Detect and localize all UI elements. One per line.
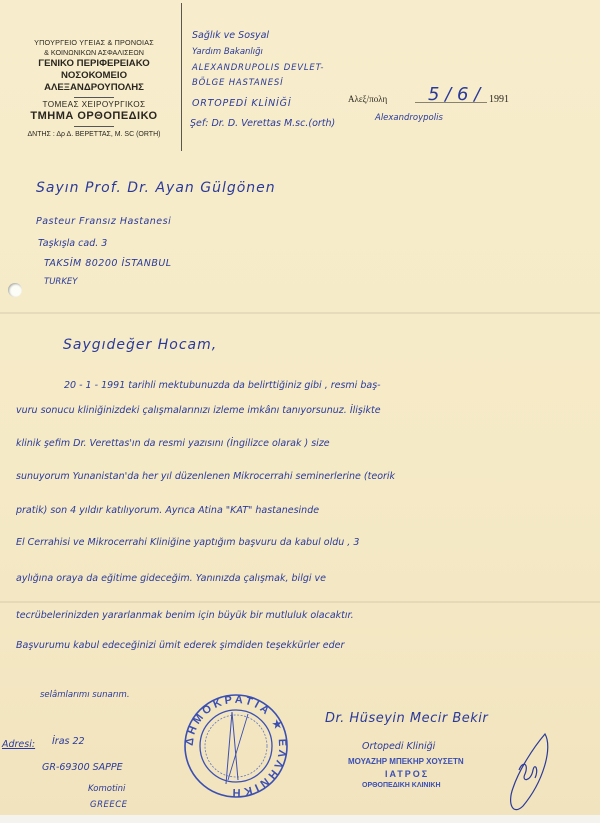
greeting: Saygıdeğer Hocam, — [63, 337, 217, 353]
official-seal-icon: ΔΗΜΟΚΡΑΤΙΑ ★ ΕΛΛΗΝΙΚΗ — [182, 692, 290, 800]
body-line-closing: selâmlarımı sunarım. — [40, 690, 130, 700]
handwritten-signature-icon — [505, 730, 553, 812]
body-line: Başvurumu kabul edeceğinizi ümit ederek … — [16, 640, 344, 651]
turkish-header-line: BÖLGE HASTANESİ — [192, 78, 283, 88]
page-bottom-margin — [0, 815, 600, 823]
letterhead-ministry-2: & ΚΟΙΝΩΝΙΚΩΝ ΑΣΦΑΛΙΣΕΩΝ — [10, 48, 178, 58]
sender-address-label: Adresi: — [2, 739, 35, 750]
letterhead-ministry: ΥΠΟΥΡΓΕΙΟ ΥΓΕΙΑΣ & ΠΡΟΝΟΙΑΣ — [10, 38, 178, 48]
paper-fold — [0, 601, 600, 603]
doctor-stamp-name: ΜΟΥΑΖΗΡ ΜΠΕΚΗΡ ΧΟΥΣΕΤΝ — [348, 757, 464, 766]
turkish-header-line: ALEXANDRUPOLIS DEVLET- — [192, 63, 324, 73]
signatory-name: Dr. Hüseyin Mecir Bekir — [325, 711, 488, 726]
body-line: aylığına oraya da eğitime gideceğim. Yan… — [16, 573, 326, 584]
recipient-name: Sayın Prof. Dr. Ayan Gülgönen — [36, 180, 276, 196]
date-place-handwritten: Alexandroypolis — [375, 113, 443, 123]
body-line: El Cerrahisi ve Mikrocerrahi Kliniğine y… — [16, 537, 359, 548]
turkish-header-line: Sağlık ve Sosyal — [192, 30, 269, 41]
body-line: vuru sonucu kliniğinizdeki çalışmalarını… — [16, 405, 381, 416]
letterhead-city: ΑΛΕΞΑΝΔΡΟΥΠΟΛΗΣ — [10, 82, 178, 94]
sender-address-line: GREECE — [90, 800, 128, 810]
recipient-address-line: TURKEY — [44, 277, 77, 287]
signatory-department: Ortopedi Kliniği — [362, 741, 435, 752]
letter-page: ΥΠΟΥΡΓΕΙΟ ΥΓΕΙΑΣ & ΠΡΟΝΟΙΑΣ & ΚΟΙΝΩΝΙΚΩΝ… — [0, 0, 600, 815]
turkish-header-chief: Şef: Dr. D. Verettas M.sc.(orth) — [190, 118, 335, 129]
recipient-address-line: TAKSİM 80200 İSTANBUL — [44, 258, 172, 269]
letterhead-divider — [74, 97, 114, 98]
sender-address-line: İras 22 — [52, 736, 85, 747]
paper-fold — [0, 312, 600, 314]
body-line: 20 - 1 - 1991 tarihli mektubunuzda da be… — [64, 380, 381, 391]
letterhead-department: ΤΜΗΜΑ ΟΡΘΟΠΕΔΙΚΟ — [10, 110, 178, 123]
letterhead-hospital: ΓΕΝΙΚΟ ΠΕΡΙΦΕΡΕΙΑΚΟ ΝΟΣΟΚΟΜΕΙΟ — [10, 58, 178, 82]
punch-hole — [8, 283, 22, 297]
body-line: sunuyorum Yunanistan'da her yıl düzenlen… — [16, 471, 395, 482]
greek-letterhead: ΥΠΟΥΡΓΕΙΟ ΥΓΕΙΑΣ & ΠΡΟΝΟΙΑΣ & ΚΟΙΝΩΝΙΚΩΝ… — [10, 38, 178, 140]
doctor-stamp-title: ΙΑΤΡΟΣ — [385, 769, 429, 779]
date-day-month: 5 / 6 / — [428, 84, 480, 105]
recipient-address-line: Pasteur Fransız Hastanesi — [36, 216, 171, 227]
date-year: 1991 — [489, 94, 509, 105]
sender-address-line: Komotini — [88, 784, 125, 794]
sender-address-line: GR-69300 SAPPE — [42, 762, 123, 773]
body-line: pratik) son 4 yıldır katılıyorum. Ayrıca… — [16, 505, 319, 516]
letterhead-divider — [74, 126, 114, 127]
date-place-printed: Αλεξ/πολη — [348, 94, 387, 104]
turkish-header-line: Yardım Bakanlığı — [192, 47, 263, 57]
body-line: tecrübelerinizden yararlanmak benim için… — [16, 610, 354, 621]
letterhead-sector: ΤΟΜΕΑΣ ΧΕΙΡΟΥΡΓΙΚΟΣ — [10, 100, 178, 110]
turkish-header-clinic: ORTOPEDİ KLİNİĞİ — [192, 98, 291, 109]
body-line: klinik şefim Dr. Verettas'ın da resmi ya… — [16, 438, 330, 449]
letterhead-separator-line — [181, 3, 182, 151]
letterhead-director: ΔΝΤΗΣ : Δρ Δ. ΒΕΡΕΤΤΑΣ, M. SC (ORTH) — [10, 130, 178, 140]
doctor-stamp-clinic: ΟΡΘΟΠΕΔΙΚΗ ΚΛΙΝΙΚΗ — [362, 782, 441, 789]
recipient-address-line: Taşkışla cad. 3 — [38, 238, 107, 249]
